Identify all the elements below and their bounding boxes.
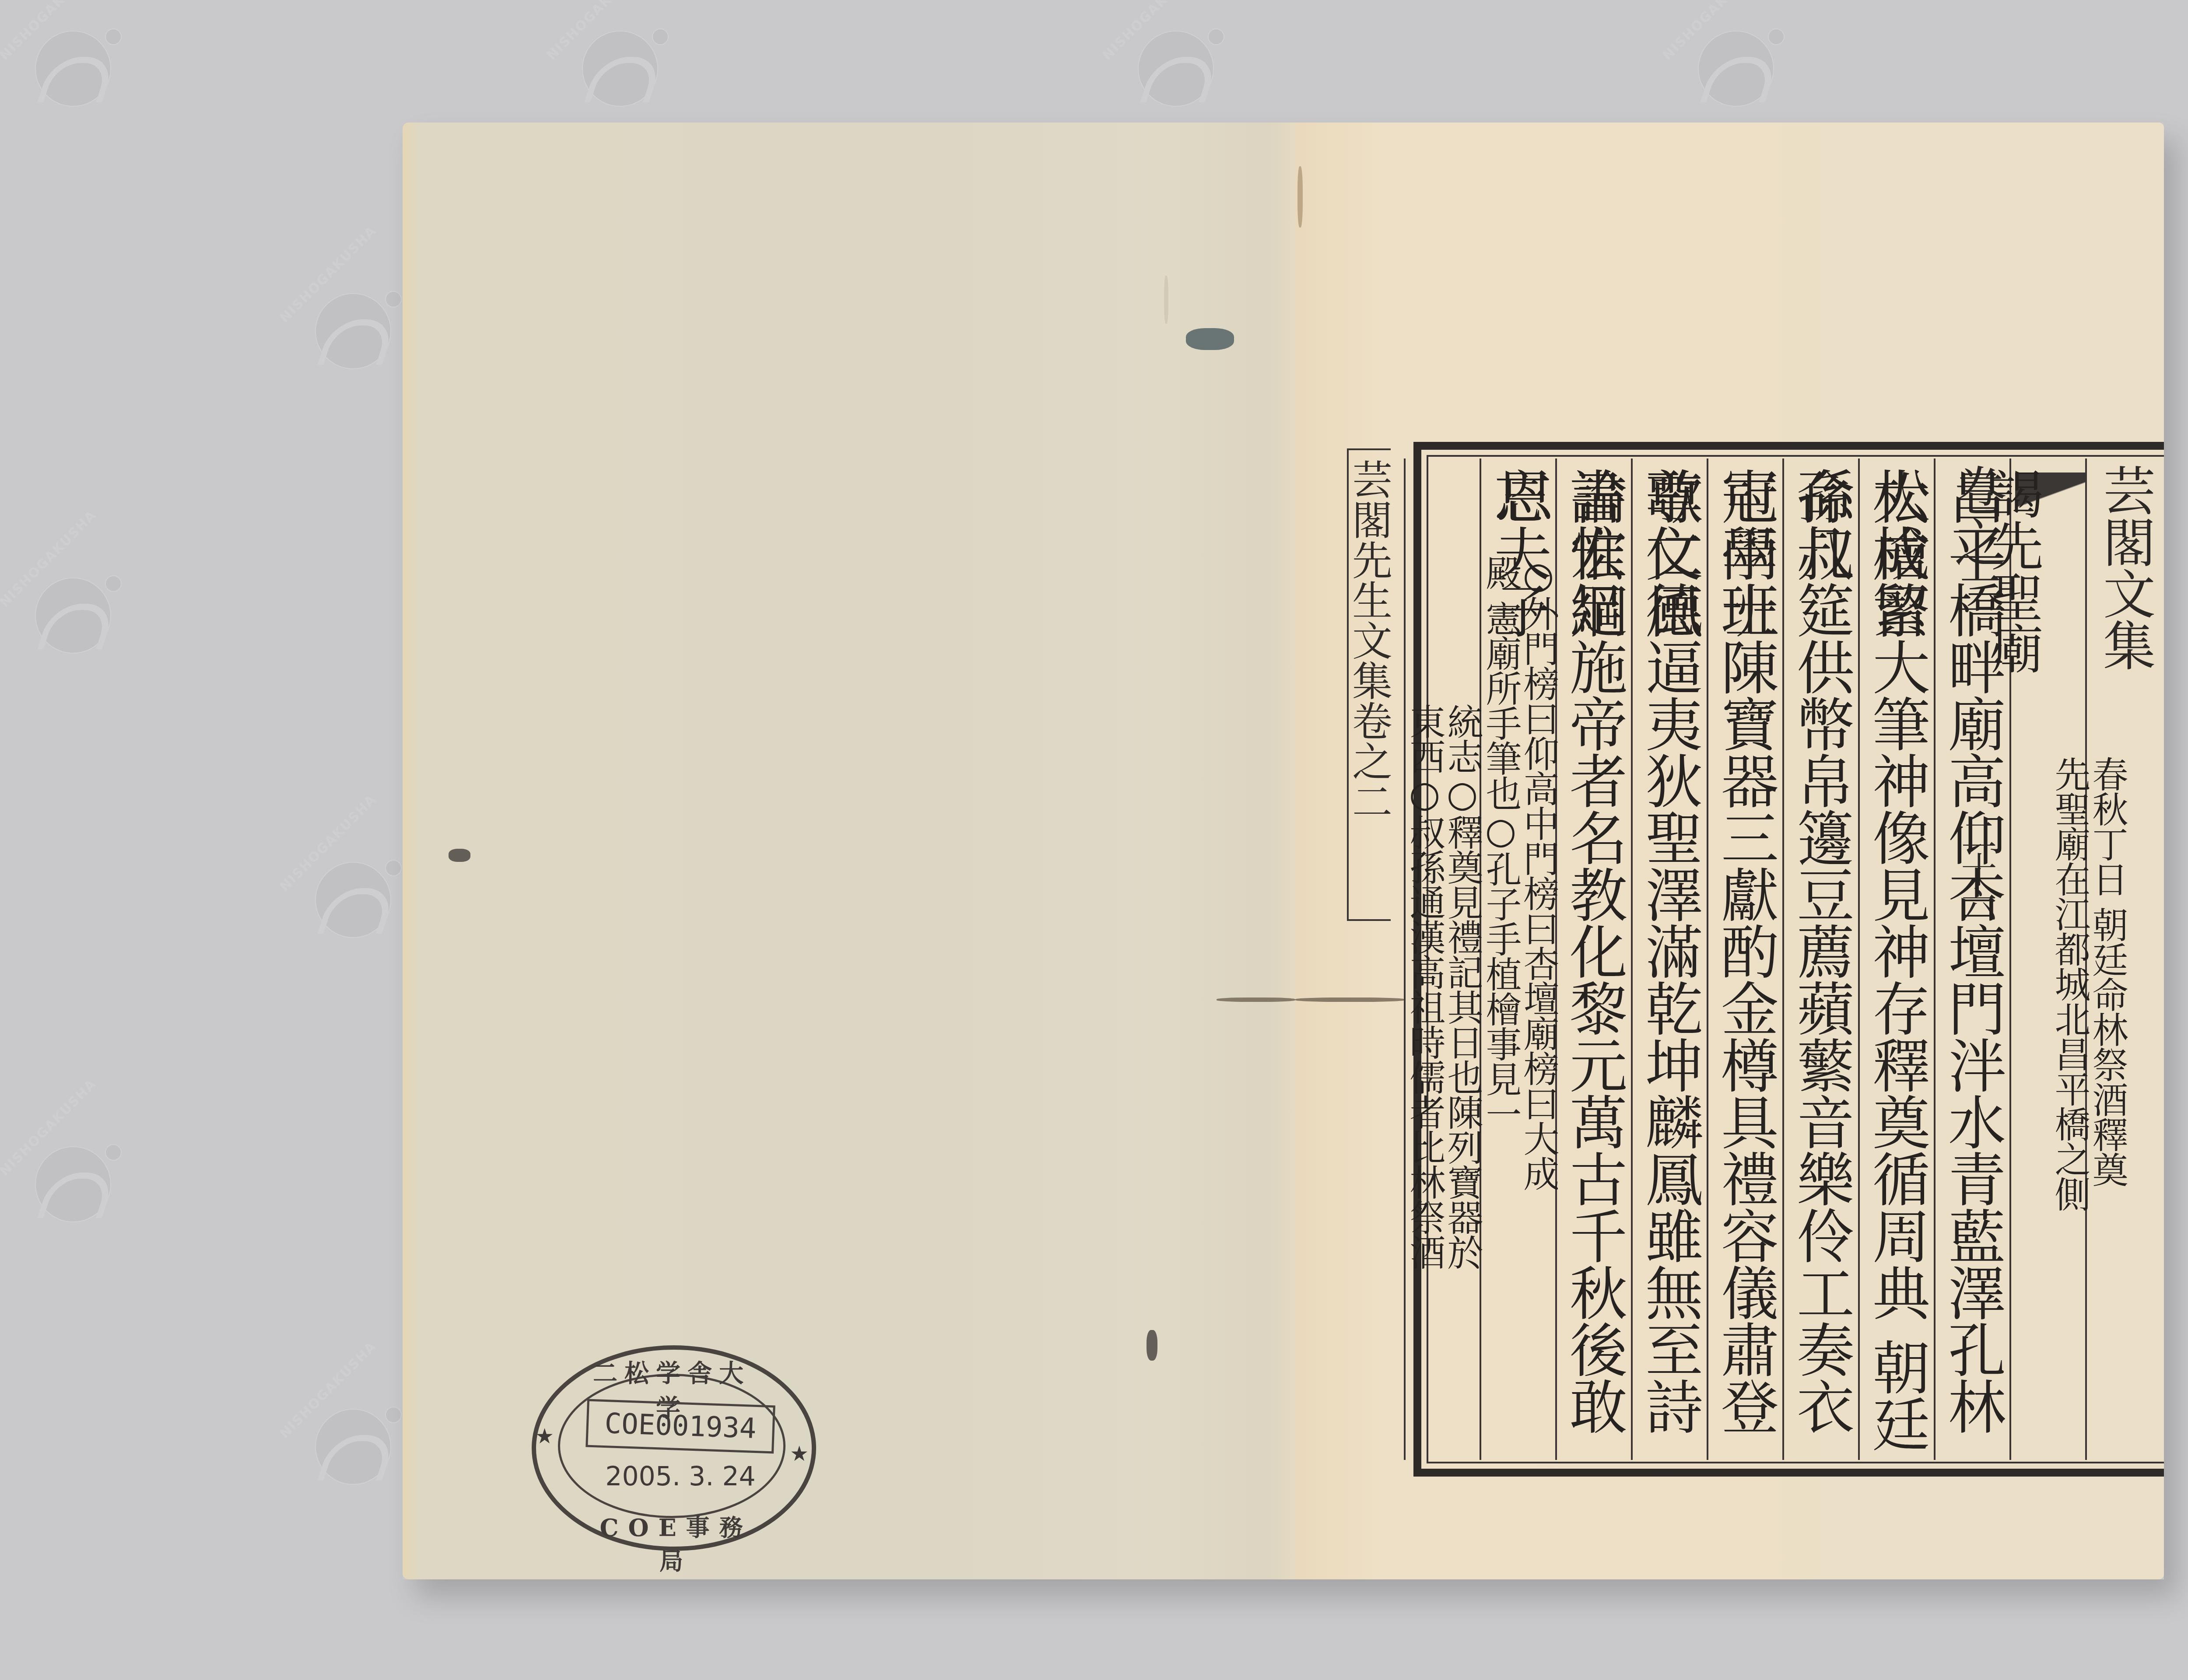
commentary-notes: ○外門榜曰仰高中門榜曰杏壇廟榜曰大成 殿 憲廟所手筆也○孔子手植檜事見一 [1481, 555, 1557, 1190]
commentary-note-right: 統志○釋奠見禮記其日也陳列寶器於 [1443, 703, 1481, 1460]
text-column: 孫几筵供幣帛籩豆薦蘋蘩音樂伶工奏衣冠學士 [1782, 458, 1858, 1460]
nishogakusha-logo-icon: NISHOGAKUSHA [18, 556, 118, 656]
printed-text-frame: 芸閣文集 卷之二 二十六 謁先聖廟 春秋丁日 朝廷命林祭酒釋奠 先聖廟在江都城北… [1413, 442, 2164, 1477]
title-note-right: 春秋丁日 朝廷命林祭酒釋奠 [2088, 756, 2126, 1460]
column-notes: 統志○釋奠見禮記其日也陳列寶器於 東西○叔孫通漢高祖時儒者比林祭酒 [1404, 458, 1480, 1460]
title-note-left: 先聖廟在江都城北昌平橋之側 [2051, 756, 2088, 1460]
text-column: 論宏綱施帝者名教化黎元萬古千秋後敢忘夫子 [1555, 458, 1631, 1460]
nishogakusha-logo-icon: NISHOGAKUSHA [298, 840, 398, 941]
stamp-date: 2005. 3. 24 [589, 1461, 772, 1492]
wormhole-stain [449, 849, 470, 862]
commentary-notes: 統志○釋奠見禮記其日也陳列寶器於 東西○叔孫通漢高祖時儒者比林祭酒 [1406, 458, 1481, 1460]
commentary-note-left: 東西○叔孫通漢高祖時儒者比林祭酒 [1406, 703, 1443, 1460]
wormhole-stain [1186, 328, 1234, 350]
commentary-note-left: 殿 憲廟所手筆也○孔子手植檜事見一 [1482, 555, 1519, 1190]
end-column-stack: 恩 ○外門榜曰仰高中門榜曰杏壇廟榜曰大成 殿 憲廟所手筆也○孔子手植檜事見一 [1481, 458, 1557, 1460]
nishogakusha-logo-icon: NISHOGAKUSHA [18, 9, 118, 109]
wormhole-stain [1297, 166, 1303, 227]
text-columns: 芸閣文集 卷之二 二十六 謁先聖廟 春秋丁日 朝廷命林祭酒釋奠 先聖廟在江都城北… [1430, 458, 2164, 1460]
wormhole-stain [1164, 276, 1168, 324]
library-ownership-stamp: 二松学舎大学 COE001934 2005. 3. 24 COE事務局 ★ ★ [527, 1341, 816, 1547]
poem-title-notes: 春秋丁日 朝廷命林祭酒釋奠 先聖廟在江都城北昌平橋之側 [2051, 458, 2126, 1460]
text-column: 屯兩班陳寶器三獻酌金樽具禮容儀肅登歌文德 [1707, 458, 1782, 1460]
side-title-strip: 芸閣先生文集卷之二 [1347, 448, 1391, 921]
wormhole-stain [1147, 1330, 1157, 1361]
star-icon: ★ [790, 1442, 809, 1466]
poem-title: 謁先聖廟 [2011, 458, 2051, 1460]
column-end-with-notes: 恩 ○外門榜曰仰高中門榜曰杏壇廟榜曰大成 殿 憲廟所手筆也○孔子手植檜事見一 [1480, 458, 1555, 1460]
text-column: 尊仁風逼夷狄聖澤滿乾坤麟鳳雖無至詩書惟足 [1631, 458, 1707, 1460]
text-column: 昌平橋畔廟高仰杏壇門泮水青藍澤孔林松檜繁 [1934, 458, 2009, 1460]
nishogakusha-logo-icon: NISHOGAKUSHA [1680, 9, 1781, 109]
star-icon: ★ [535, 1424, 554, 1449]
wormhole-stain [1295, 997, 1405, 1002]
column-poem-title: 謁先聖廟 春秋丁日 朝廷命林祭酒釋奠 先聖廟在江都城北昌平橋之側 [2009, 458, 2085, 1460]
stamp-office-name: COE事務局 [584, 1509, 768, 1577]
stamp-accession-number: COE001934 [586, 1399, 775, 1454]
nishogakusha-logo-icon: NISHOGAKUSHA [565, 9, 665, 109]
nishogakusha-logo-icon: NISHOGAKUSHA [1120, 9, 1221, 109]
wormhole-stain [1217, 997, 1295, 1002]
text-column: 大成留大筆神像見神存釋奠循周典 朝廷命叔 [1858, 458, 1934, 1460]
nishogakusha-logo-icon: NISHOGAKUSHA [18, 1124, 118, 1225]
poem-last-character: 恩 [1481, 458, 1557, 555]
commentary-note-right: ○外門榜曰仰高中門榜曰杏壇廟榜曰大成 [1519, 555, 1557, 1190]
nishogakusha-logo-icon: NISHOGAKUSHA [298, 271, 398, 372]
nishogakusha-logo-icon: NISHOGAKUSHA [298, 1387, 398, 1487]
